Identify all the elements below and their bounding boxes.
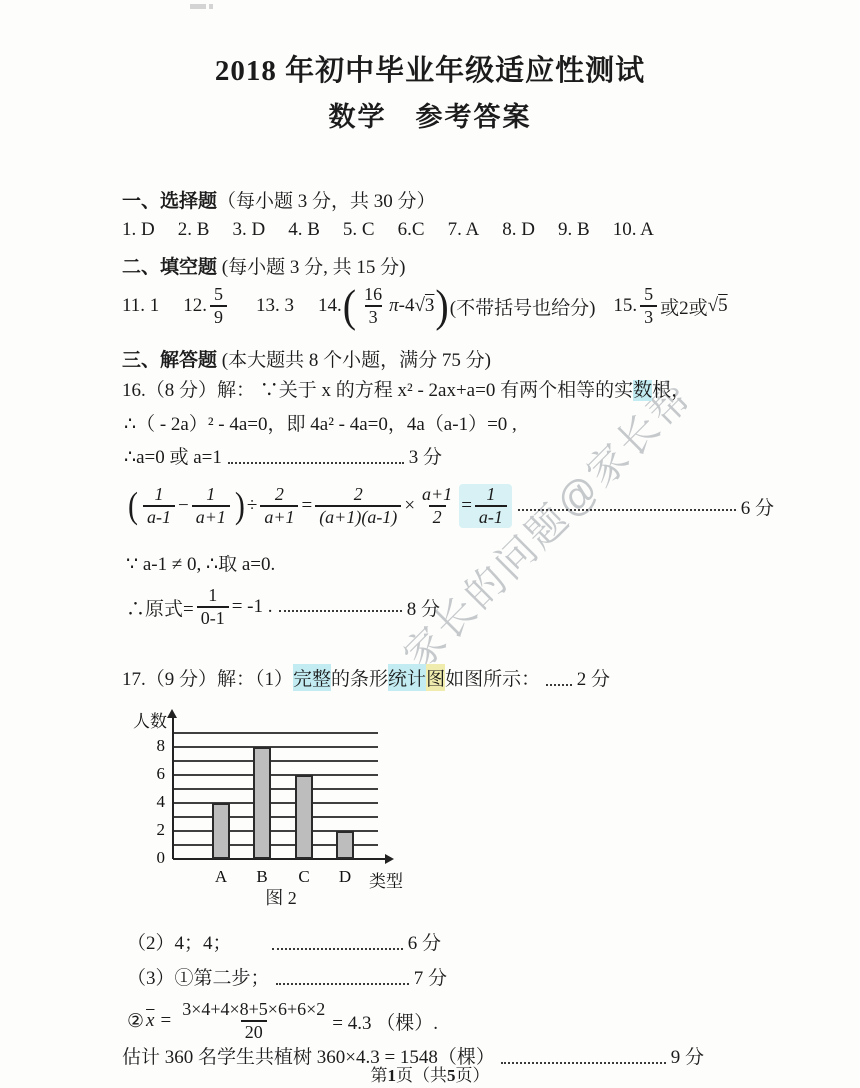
score-label: 6 分 <box>408 928 441 955</box>
gridline <box>173 774 378 776</box>
fill-item-12-label: 12. <box>183 295 207 317</box>
fraction: 1a-1 <box>143 484 175 527</box>
x-axis-arrow <box>385 854 394 864</box>
fraction: 53 <box>640 284 657 327</box>
scan-artifact <box>190 4 206 9</box>
fill-item-13: 13. 3 <box>256 295 294 317</box>
fill-item-11: 11. 1 <box>122 295 159 317</box>
section-2-note: (每小题 3 分, 共 15 分) <box>217 257 405 278</box>
fraction: 2a+1 <box>260 484 298 527</box>
fill-item-14-mid: -4 <box>399 295 415 317</box>
answer-item: 1. D <box>122 219 155 241</box>
answer-item: 4. B <box>288 219 320 241</box>
q17-line3: （3）①第二步； 7 分 <box>127 963 447 990</box>
q17-line2: （2）4；4； 6 分 <box>127 928 441 955</box>
q16-line5: ∵ a-1 ≠ 0, ∴取 a=0. <box>126 549 275 576</box>
fraction: a+12 <box>418 484 456 527</box>
bar <box>253 747 271 859</box>
highlighted-text: 图 <box>426 664 445 691</box>
bar <box>336 831 354 859</box>
bar <box>295 775 313 859</box>
section-1-title: 一、选择题 <box>122 191 217 212</box>
page-footer: 第1页（共5页） <box>0 1061 860 1086</box>
section-2-heading: 二、填空题 (每小题 3 分, 共 15 分) <box>122 252 405 279</box>
gridline <box>173 802 378 804</box>
x-bar-symbol: x <box>144 1010 156 1032</box>
fill-item-14: 14. ( 163 π -4 √3 ) (不带括号也给分) <box>318 284 595 327</box>
q16-line1: 16.（8 分）解： ∵关于 x 的方程 x² - 2ax+a=0 有两个相等的… <box>122 375 690 402</box>
answer-item: 6.C <box>398 219 425 241</box>
total-pages: 5 <box>447 1066 456 1085</box>
score-label: 7 分 <box>414 963 447 990</box>
circled-two: ② <box>127 1010 144 1033</box>
answer-item: 3. D <box>232 219 265 241</box>
scan-artifact <box>209 4 213 9</box>
right-paren: ) <box>435 283 448 329</box>
fill-item-12: 12. 59 <box>183 284 230 327</box>
times-operator: × <box>404 495 415 517</box>
fraction: 1a-1 <box>475 484 507 527</box>
score-label: 8 分 <box>407 594 440 621</box>
y-tick-label: 2 <box>135 820 165 840</box>
answer-item: 10. A <box>613 219 654 241</box>
minus-operator: − <box>178 495 189 517</box>
section-3-heading: 三、解答题 (本大题共 8 个小题，满分 75 分) <box>122 345 491 372</box>
q16-line2: ∴（ - 2a）² - 4a=0，即 4a² - 4a=0，4a（a-1）=0 … <box>124 409 517 436</box>
q16-line3: ∴a=0 或 a=1 3 分 <box>124 442 442 469</box>
q17-line1: 17.（9 分）解：（1） 完整 的条形 统计 图 如图所示： 2 分 <box>122 664 610 691</box>
gridline <box>173 760 378 762</box>
y-tick-label: 4 <box>135 792 165 812</box>
fraction: 3×4+4×8+5×6+6×220 <box>178 999 329 1042</box>
dotted-leader <box>228 462 404 464</box>
fraction: 1a+1 <box>192 484 230 527</box>
right-paren: ) <box>235 487 245 525</box>
left-paren: ( <box>128 487 138 525</box>
answer-item: 2. B <box>178 219 210 241</box>
fraction: 59 <box>210 284 227 327</box>
bar <box>212 803 230 859</box>
answer-item: 5. C <box>343 219 375 241</box>
q16-equation: ( 1a-1 − 1a+1 ) ÷ 2a+1 = 2(a+1)(a-1) × a… <box>126 478 774 534</box>
dotted-leader <box>279 610 402 612</box>
page-number: 1 <box>388 1066 397 1085</box>
dotted-leader <box>272 948 403 950</box>
section-3-title: 三、解答题 <box>122 350 217 371</box>
gridline <box>173 816 378 818</box>
dotted-leader <box>546 684 572 686</box>
gridline <box>173 732 378 734</box>
highlighted-char: 数 <box>633 380 652 401</box>
q16-line6: ∴原式= 10-1 = -1 . 8 分 <box>126 583 440 631</box>
dotted-leader <box>276 983 409 985</box>
page-subtitle: 数学 参考答案 <box>0 95 860 134</box>
bar-chart: ABCD02468人数类型 <box>131 703 431 885</box>
highlighted-text: 完整 <box>293 664 331 691</box>
equals-sign: = <box>301 495 312 517</box>
document-page: 家长的问题@家长帮 2018 年初中毕业年级适应性测试 数学 参考答案 一、选择… <box>0 0 860 1088</box>
fill-item-14-label: 14. <box>318 295 342 317</box>
highlighted-result: = 1a-1 <box>459 484 512 527</box>
section-1-heading: 一、选择题（每小题 3 分，共 30 分） <box>122 186 436 213</box>
choice-answers-row: 1. D 2. B 3. D 4. B 5. C 6.C 7. A 8. D 9… <box>122 219 654 241</box>
fill-answers-row: 11. 1 12. 59 13. 3 14. ( 163 π -4 √3 ) (… <box>122 277 728 335</box>
fraction: 2(a+1)(a-1) <box>315 484 401 527</box>
y-axis-title: 人数 <box>133 707 167 732</box>
score-label: 6 分 <box>741 493 774 520</box>
pi-symbol: π <box>389 295 399 317</box>
highlighted-text: 统计 <box>388 664 426 691</box>
section-2-title: 二、填空题 <box>122 257 217 278</box>
score-label: 2 分 <box>577 664 610 691</box>
left-paren: ( <box>343 283 356 329</box>
fill-item-15-mid: 或2或 <box>660 293 708 320</box>
x-axis <box>173 858 387 860</box>
radical: √5 <box>708 295 728 317</box>
chart-caption: 图 2 <box>131 884 431 910</box>
y-tick-label: 0 <box>135 848 165 868</box>
answer-item: 9. B <box>558 219 590 241</box>
q17-mean-equation: ② x = 3×4+4×8+5×6+6×220 = 4.3 （棵）. <box>127 994 438 1048</box>
section-3-note: (本大题共 8 个小题，满分 75 分) <box>217 350 491 371</box>
fraction: 163 <box>360 284 386 327</box>
answer-item: 8. D <box>502 219 535 241</box>
fill-item-14-note: (不带括号也给分) <box>450 293 596 320</box>
y-axis-arrow <box>167 709 177 718</box>
divide-operator: ÷ <box>247 495 257 517</box>
score-label: 3 分 <box>409 442 442 469</box>
equals-sign: = <box>160 1010 171 1032</box>
equals-sign: = <box>461 495 472 517</box>
fill-item-15-label: 15. <box>613 295 637 317</box>
y-tick-label: 6 <box>135 764 165 784</box>
answer-item: 7. A <box>448 219 480 241</box>
section-1-note: （每小题 3 分，共 30 分） <box>217 191 436 212</box>
page-title: 2018 年初中毕业年级适应性测试 <box>0 48 860 89</box>
dotted-leader <box>518 509 736 511</box>
radical: √3 <box>414 295 434 317</box>
y-tick-label: 8 <box>135 736 165 756</box>
fill-item-15: 15. 53 或2或 √5 <box>613 284 727 327</box>
fraction: 10-1 <box>197 585 229 628</box>
gridline <box>173 788 378 790</box>
y-axis <box>172 717 174 859</box>
gridline <box>173 746 378 748</box>
